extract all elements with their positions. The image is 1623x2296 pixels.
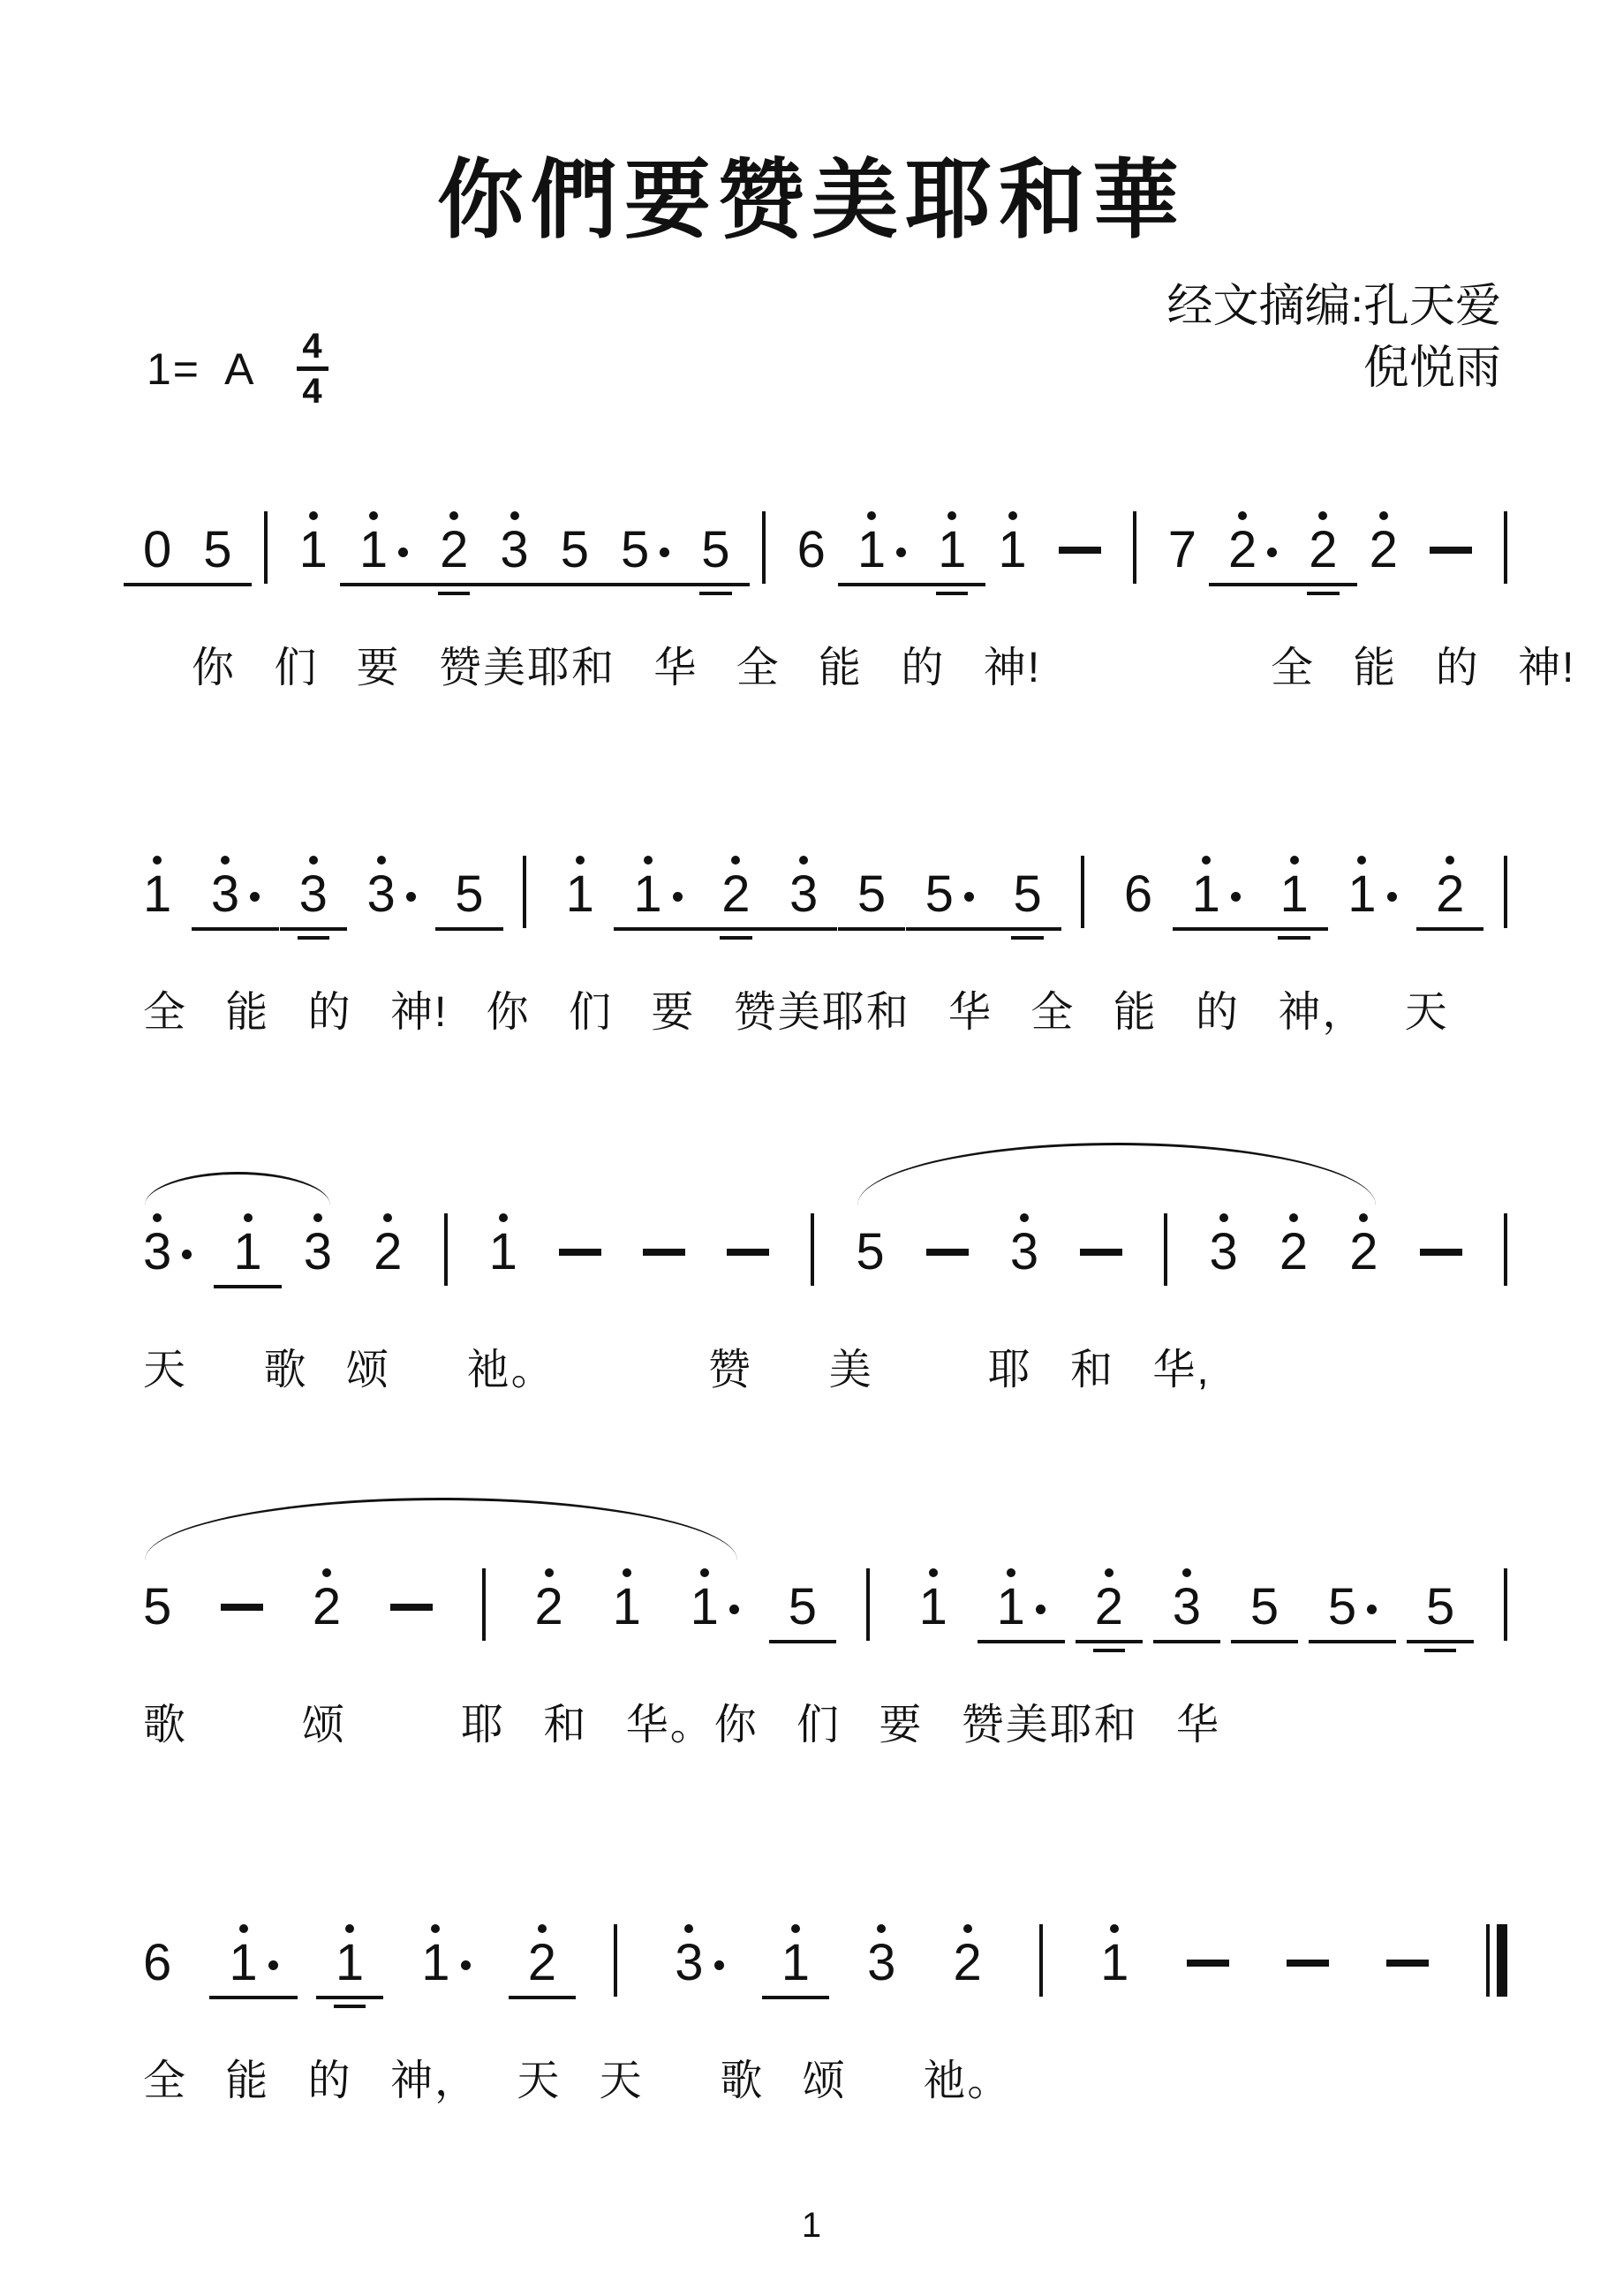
- note-digit: 1: [359, 525, 388, 575]
- dash-note: [727, 1249, 769, 1256]
- barline: [1504, 1568, 1507, 1641]
- note: 5: [701, 525, 729, 575]
- note: 5: [789, 1582, 817, 1632]
- beam-underline: [184, 583, 251, 586]
- note-digit: 3: [789, 870, 818, 919]
- octave-dot: [1289, 1213, 1298, 1222]
- beam-underline-2: [1093, 1649, 1125, 1652]
- barline: [444, 1213, 448, 1286]
- barline: [1081, 856, 1084, 928]
- augmentation-dot: [1036, 1605, 1046, 1614]
- note: 2: [1228, 525, 1277, 575]
- barline: [811, 1213, 814, 1286]
- notes-row: 3132153322: [143, 1201, 1507, 1277]
- note-digit: 1: [1347, 870, 1376, 919]
- beam-underline: [124, 583, 191, 586]
- note: 1: [489, 1227, 517, 1277]
- note-digit: 1: [919, 1582, 947, 1632]
- note-digit: 2: [1228, 525, 1257, 575]
- beam-underline: [906, 927, 993, 931]
- note: 5: [1250, 1582, 1279, 1632]
- octave-dot: [1105, 1568, 1113, 1577]
- final-bar-thick: [1497, 1924, 1507, 1997]
- beam-underline: [1309, 1640, 1396, 1643]
- beam-underline: [978, 1640, 1065, 1643]
- slur: [857, 1143, 1376, 1205]
- note: 1: [633, 870, 682, 919]
- note-digit: 1: [1192, 870, 1220, 919]
- octave-dot: [1182, 1568, 1191, 1577]
- beam-underline-2: [334, 2005, 366, 2008]
- beam-underline: [480, 583, 547, 586]
- beam-underline: [1260, 927, 1327, 931]
- dash-note: [1059, 547, 1101, 554]
- dash-note: [1287, 1960, 1329, 1967]
- beam-underline: [420, 583, 487, 586]
- slur: [145, 1498, 737, 1560]
- notes-row: 5221151123555: [143, 1556, 1507, 1632]
- beam-underline-2: [438, 592, 470, 595]
- octave-dot: [1446, 856, 1454, 865]
- beam-underline: [340, 583, 427, 586]
- note-digit: 2: [1280, 1227, 1308, 1277]
- octave-dot: [1020, 1213, 1029, 1222]
- beam-underline-2: [1424, 1649, 1456, 1652]
- note: 2: [1436, 870, 1464, 919]
- note-digit: 1: [299, 525, 328, 575]
- note-digit: 1: [613, 1582, 641, 1632]
- note-digit: 5: [925, 870, 954, 919]
- octave-dot: [377, 856, 386, 865]
- note-digit: 3: [867, 1938, 895, 1988]
- beam-underline: [702, 927, 769, 931]
- octave-dot: [345, 1924, 354, 1933]
- note-digit: 5: [857, 870, 886, 919]
- barline: [762, 511, 766, 584]
- octave-dot: [538, 1924, 547, 1933]
- note: 1: [691, 1582, 739, 1632]
- note: 5: [1426, 1582, 1454, 1632]
- note-digit: 1: [998, 525, 1026, 575]
- note-digit: 1: [233, 1227, 261, 1277]
- octave-dot: [684, 1924, 693, 1933]
- barline: [1164, 1213, 1167, 1286]
- beam-underline: [1231, 1640, 1298, 1643]
- note-digit: 1: [421, 1938, 449, 1988]
- note: 2: [440, 525, 468, 575]
- note: 6: [1124, 870, 1152, 919]
- octave-dot: [545, 1568, 554, 1577]
- note-digit: 1: [633, 870, 661, 919]
- octave-dot: [576, 856, 585, 865]
- beam-underline: [918, 583, 985, 586]
- barline: [264, 511, 268, 584]
- note: 7: [1168, 525, 1196, 575]
- note: 3: [143, 1227, 192, 1277]
- note-digit: 5: [1013, 870, 1041, 919]
- octave-dot: [431, 1924, 440, 1933]
- beam-underline: [509, 1996, 576, 1999]
- octave-dot: [1219, 1213, 1228, 1222]
- beam-underline: [1289, 583, 1356, 586]
- note-digit: 5: [856, 1227, 884, 1277]
- octave-dot: [510, 511, 519, 520]
- note-digit: 0: [143, 525, 171, 575]
- note-digit: 3: [211, 870, 239, 919]
- beam-underline-2: [1307, 592, 1339, 595]
- note: 1: [613, 1582, 641, 1632]
- note: 2: [1370, 525, 1398, 575]
- note-digit: 3: [500, 525, 528, 575]
- octave-dot: [309, 856, 318, 865]
- note-digit: 3: [1173, 1582, 1201, 1632]
- note: 2: [528, 1938, 556, 1988]
- octave-dot: [239, 1924, 248, 1933]
- augmentation-dot: [250, 892, 260, 902]
- note-digit: 1: [229, 1938, 257, 1988]
- note-digit: 2: [535, 1582, 563, 1632]
- barline: [1039, 1924, 1043, 1997]
- beam-underline: [1209, 583, 1296, 586]
- note-digit: 5: [701, 525, 729, 575]
- augmentation-dot: [673, 892, 683, 902]
- beam-underline: [770, 927, 837, 931]
- note-digit: 2: [1309, 525, 1337, 575]
- octave-dot: [1318, 511, 1327, 520]
- note: 1: [857, 525, 906, 575]
- note: 1: [143, 870, 171, 919]
- octave-dot: [623, 1568, 631, 1577]
- note: 1: [566, 870, 594, 919]
- note: 1: [359, 525, 408, 575]
- note: 1: [421, 1938, 470, 1988]
- lyrics-line: 全 能 的 神! 你 们 要 赞美耶和 华 全 能 的 神， 天: [143, 978, 1449, 1038]
- note: 1: [998, 525, 1026, 575]
- octave-dot: [963, 1924, 972, 1933]
- note-digit: 5: [561, 525, 589, 575]
- dash-note: [559, 1249, 601, 1256]
- note-digit: 2: [374, 1227, 402, 1277]
- beam-underline: [316, 1996, 383, 1999]
- note: 2: [1309, 525, 1337, 575]
- beam-underline: [1407, 1640, 1474, 1643]
- note: 1: [299, 525, 328, 575]
- beam-underline: [209, 1996, 297, 1999]
- note: 1: [1192, 870, 1241, 919]
- note-digit: 6: [797, 525, 826, 575]
- note-digit: 2: [721, 870, 750, 919]
- beam-underline: [838, 583, 925, 586]
- augmentation-dot: [1231, 892, 1241, 902]
- octave-dot: [867, 511, 876, 520]
- dash-note: [643, 1249, 685, 1256]
- notes-row: 05112355561117222: [143, 499, 1507, 575]
- note: 3: [299, 870, 328, 919]
- note: 6: [143, 1938, 171, 1988]
- note-digit: 2: [440, 525, 468, 575]
- note-digit: 3: [1010, 1227, 1038, 1277]
- note-digit: 2: [954, 1938, 982, 1988]
- note-digit: 1: [143, 870, 171, 919]
- note-digit: 2: [1349, 1227, 1378, 1277]
- beam-underline-2: [936, 592, 968, 595]
- note-digit: 1: [997, 1582, 1025, 1632]
- note-digit: 5: [789, 1582, 817, 1632]
- dash-note: [926, 1249, 969, 1256]
- music-system: 05112355561117222你 们 要 赞美耶和 华 全 能 的 神! 全…: [143, 499, 1507, 575]
- octave-dot: [499, 1213, 508, 1222]
- beam-underline: [214, 1285, 281, 1288]
- note-digit: 5: [1328, 1582, 1356, 1632]
- octave-dot: [929, 1568, 938, 1577]
- note-digit: 5: [143, 1582, 171, 1632]
- barline: [1504, 1213, 1507, 1286]
- augmentation-dot: [461, 1960, 471, 1970]
- note-digit: 1: [938, 525, 966, 575]
- note-digit: 3: [143, 1227, 171, 1277]
- note: 2: [1095, 1582, 1123, 1632]
- dash-note: [1386, 1960, 1429, 1967]
- octave-dot: [449, 511, 458, 520]
- lyrics-line: 全 能 的 神， 天 天 歌 颂 祂。: [143, 2046, 1011, 2107]
- octave-dot: [1202, 856, 1211, 865]
- note: 5: [925, 870, 974, 919]
- note-digit: 5: [203, 525, 231, 575]
- note: 2: [954, 1938, 982, 1988]
- note-digit: 1: [336, 1938, 364, 1988]
- octave-dot: [644, 856, 653, 865]
- note-digit: 1: [781, 1938, 810, 1988]
- note: 3: [500, 525, 528, 575]
- beam-underline-2: [298, 936, 329, 940]
- note-digit: 6: [1124, 870, 1152, 919]
- note-digit: 5: [621, 525, 649, 575]
- note: 5: [857, 870, 886, 919]
- note: 3: [1173, 1582, 1201, 1632]
- barline: [1133, 511, 1136, 584]
- music-system: 13335112355561112全 能 的 神! 你 们 要 赞美耶和 华 全…: [143, 843, 1507, 919]
- lyrics-line: 歌 颂 耶 和 华。你 们 要 赞美耶和 华: [143, 1690, 1220, 1751]
- beam-underline: [192, 927, 279, 931]
- lyrics-line: 你 们 要 赞美耶和 华 全 能 的 神! 全 能 的 神!: [192, 633, 1575, 694]
- note: 1: [229, 1938, 277, 1988]
- beam-underline: [435, 927, 502, 931]
- note: 1: [1280, 870, 1308, 919]
- barline: [1504, 511, 1507, 584]
- beam-underline: [1416, 927, 1483, 931]
- barline: [1504, 856, 1507, 928]
- music-system: 3132153322天 歌 颂 祂。 赞 美 耶 和 华,: [143, 1201, 1507, 1277]
- note: 3: [366, 870, 415, 919]
- beam-underline-2: [699, 592, 731, 595]
- slur: [145, 1172, 330, 1205]
- note-digit: 2: [313, 1582, 341, 1632]
- note: 1: [1100, 1938, 1129, 1988]
- octave-dot: [153, 856, 162, 865]
- octave-dot: [383, 1213, 392, 1222]
- note: 0: [143, 525, 171, 575]
- beam-underline: [1173, 927, 1260, 931]
- augmentation-dot: [714, 1960, 724, 1970]
- note: 2: [1280, 1227, 1308, 1277]
- octave-dot: [244, 1213, 253, 1222]
- music-system: 6111231321全 能 的 神， 天 天 歌 颂 祂。: [143, 1912, 1507, 1988]
- music-system: 5221151123555歌 颂 耶 和 华。你 们 要 赞美耶和 华: [143, 1556, 1507, 1632]
- note-digit: 6: [143, 1938, 171, 1988]
- note: 6: [797, 525, 826, 575]
- notes-row: 13335112355561112: [143, 843, 1507, 919]
- beam-underline: [601, 583, 689, 586]
- octave-dot: [791, 1924, 800, 1933]
- final-barline: [1486, 1924, 1507, 1997]
- note: 2: [313, 1582, 341, 1632]
- beam-underline: [762, 1996, 829, 1999]
- note-digit: 5: [455, 870, 483, 919]
- note-digit: 3: [366, 870, 395, 919]
- note: 1: [233, 1227, 261, 1277]
- beam-underline: [769, 1640, 836, 1643]
- note: 3: [1210, 1227, 1238, 1277]
- augmentation-dot: [406, 892, 416, 902]
- note: 1: [997, 1582, 1046, 1632]
- octave-dot: [1379, 511, 1388, 520]
- final-bar-thin: [1486, 1924, 1490, 1997]
- note: 1: [336, 1938, 364, 1988]
- augmentation-dot: [268, 1960, 278, 1970]
- octave-dot: [799, 856, 808, 865]
- octave-dot: [1238, 511, 1247, 520]
- note-digit: 1: [691, 1582, 719, 1632]
- note: 1: [919, 1582, 947, 1632]
- note-digit: 1: [1100, 1938, 1129, 1988]
- augmentation-dot: [182, 1250, 192, 1259]
- augmentation-dot: [660, 548, 669, 557]
- note-digit: 2: [1095, 1582, 1123, 1632]
- beam-underline: [1153, 1640, 1220, 1643]
- augmentation-dot: [729, 1605, 739, 1614]
- octave-dot: [322, 1568, 331, 1577]
- note: 3: [789, 870, 818, 919]
- beam-underline: [1076, 1640, 1143, 1643]
- note: 3: [211, 870, 260, 919]
- note-digit: 7: [1168, 525, 1196, 575]
- augmentation-dot: [1387, 892, 1397, 902]
- note-digit: 2: [1436, 870, 1464, 919]
- note-digit: 5: [1250, 1582, 1279, 1632]
- beam-underline: [541, 583, 608, 586]
- barline: [482, 1568, 486, 1641]
- octave-dot: [313, 1213, 322, 1222]
- barline: [866, 1568, 870, 1641]
- note-digit: 2: [528, 1938, 556, 1988]
- note-digit: 3: [299, 870, 328, 919]
- sheet-music-page: 你們要赞美耶和華 经文摘编:孔天爱 倪悦雨 1= A 4 4 051123555…: [0, 0, 1623, 2296]
- octave-dot: [1359, 1213, 1368, 1222]
- note: 3: [1010, 1227, 1038, 1277]
- beam-underline-2: [1011, 936, 1043, 940]
- note: 5: [1328, 1582, 1377, 1632]
- note-digit: 3: [304, 1227, 332, 1277]
- note: 1: [781, 1938, 810, 1988]
- augmentation-dot: [896, 548, 906, 557]
- note: 5: [561, 525, 589, 575]
- note: 5: [203, 525, 231, 575]
- dash-note: [390, 1604, 433, 1611]
- beam-underline-2: [1278, 936, 1310, 940]
- note: 3: [867, 1938, 895, 1988]
- dash-note: [1187, 1960, 1229, 1967]
- octave-dot: [1357, 856, 1366, 865]
- systems: 05112355561117222你 们 要 赞美耶和 华 全 能 的 神! 全…: [143, 0, 1507, 2296]
- beam-underline: [993, 927, 1061, 931]
- barline: [614, 1924, 617, 1997]
- octave-dot: [309, 511, 318, 520]
- note: 2: [1349, 1227, 1378, 1277]
- note: 5: [455, 870, 483, 919]
- beam-underline: [682, 583, 749, 586]
- note: 3: [675, 1938, 723, 1988]
- note: 5: [621, 525, 669, 575]
- barline: [523, 856, 526, 928]
- augmentation-dot: [964, 892, 974, 902]
- dash-note: [221, 1604, 263, 1611]
- octave-dot: [877, 1924, 886, 1933]
- note: 3: [304, 1227, 332, 1277]
- note: 5: [1013, 870, 1041, 919]
- note-digit: 3: [1210, 1227, 1238, 1277]
- octave-dot: [153, 1213, 162, 1222]
- note-digit: 5: [1426, 1582, 1454, 1632]
- octave-dot: [1008, 511, 1017, 520]
- augmentation-dot: [1267, 548, 1277, 557]
- octave-dot: [1007, 1568, 1015, 1577]
- notes-row: 6111231321: [143, 1912, 1507, 1988]
- note-digit: 1: [489, 1227, 517, 1277]
- octave-dot: [700, 1568, 709, 1577]
- note: 2: [374, 1227, 402, 1277]
- note: 2: [535, 1582, 563, 1632]
- beam-underline: [614, 927, 701, 931]
- dash-note: [1080, 1249, 1122, 1256]
- note-digit: 1: [566, 870, 594, 919]
- note: 1: [938, 525, 966, 575]
- note-digit: 1: [1280, 870, 1308, 919]
- page-number: 1: [0, 2206, 1623, 2246]
- beam-underline: [280, 927, 347, 931]
- note: 1: [1347, 870, 1396, 919]
- note: 5: [856, 1227, 884, 1277]
- beam-underline: [838, 927, 905, 931]
- lyrics-line: 天 歌 颂 祂。 赞 美 耶 和 华,: [143, 1335, 1211, 1396]
- beam-underline-2: [720, 936, 751, 940]
- augmentation-dot: [398, 548, 408, 557]
- octave-dot: [221, 856, 230, 865]
- octave-dot: [1290, 856, 1299, 865]
- augmentation-dot: [1367, 1605, 1377, 1614]
- note-digit: 2: [1370, 525, 1398, 575]
- note-digit: 3: [675, 1938, 703, 1988]
- octave-dot: [731, 856, 740, 865]
- octave-dot: [1110, 1924, 1119, 1933]
- octave-dot: [947, 511, 956, 520]
- note-digit: 1: [857, 525, 886, 575]
- dash-note: [1420, 1249, 1462, 1256]
- note: 2: [721, 870, 750, 919]
- octave-dot: [369, 511, 378, 520]
- dash-note: [1430, 547, 1472, 554]
- note: 5: [143, 1582, 171, 1632]
